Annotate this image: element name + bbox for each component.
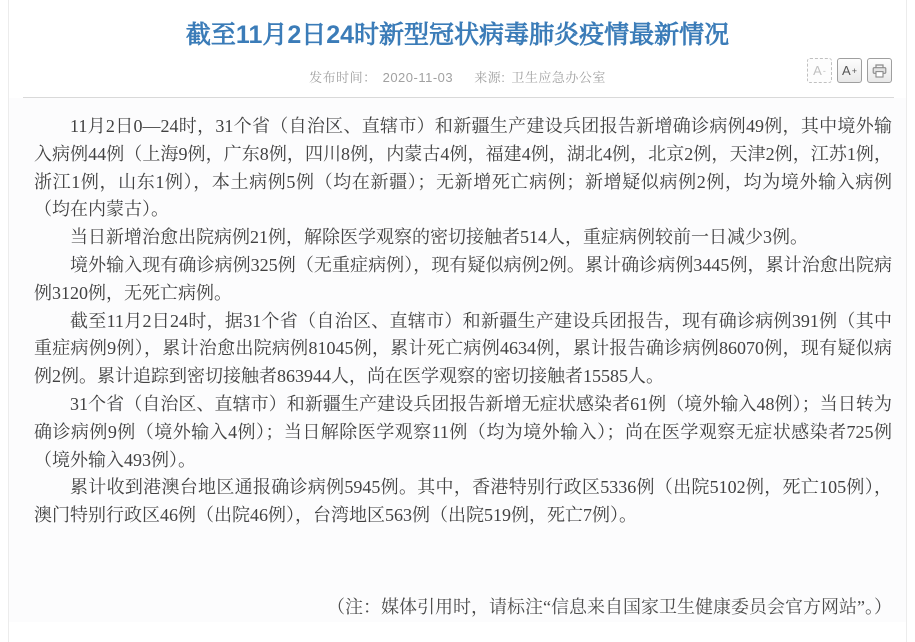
font-larger-button[interactable]: A+ (837, 58, 862, 83)
paragraph-recovered: 当日新增治愈出院病例21例，解除医学观察的密切接触者514人，重症病例较前一日减… (34, 224, 892, 252)
paragraph-asymptomatic: 31个省（自治区、直辖市）和新疆生产建设兵团报告新增无症状感染者61例（境外输入… (34, 391, 892, 474)
article-header: 截至11月2日24时新型冠状病毒肺炎疫情最新情况 发布时间：2020-11-03… (9, 0, 906, 86)
font-smaller-label: A (813, 63, 822, 78)
paragraph-new-cases: 11月2日0—24时，31个省（自治区、直辖市）和新疆生产建设兵团报告新增确诊病… (34, 113, 892, 224)
publish-time-label: 发布时间： (309, 70, 377, 85)
print-button[interactable] (867, 58, 892, 83)
paragraph-cumulative: 截至11月2日24时，据31个省（自治区、直辖市）和新疆生产建设兵团报告，现有确… (34, 308, 892, 391)
source-label: 来源: (474, 70, 505, 85)
publish-date: 2020-11-03 (383, 70, 454, 85)
font-smaller-button[interactable]: A- (807, 58, 832, 83)
font-toolbar: A- A+ (807, 58, 892, 83)
printer-icon (872, 64, 887, 78)
article-meta: 发布时间：2020-11-03 来源:卫生应急办公室 (9, 67, 906, 86)
page-title: 截至11月2日24时新型冠状病毒肺炎疫情最新情况 (9, 20, 906, 50)
article-body: 11月2日0—24时，31个省（自治区、直辖市）和新疆生产建设兵团报告新增确诊病… (9, 98, 906, 622)
paragraph-imported: 境外输入现有确诊病例325例（无重症病例），现有疑似病例2例。累计确诊病例344… (34, 252, 892, 308)
citation-note: （注：媒体引用时，请标注“信息来自国家卫生健康委员会官方网站”。） (34, 594, 892, 622)
article-page: 截至11月2日24时新型冠状病毒肺炎疫情最新情况 发布时间：2020-11-03… (8, 0, 907, 642)
font-larger-label: A (842, 63, 851, 78)
paragraph-hk-macao-taiwan: 累计收到港澳台地区通报确诊病例5945例。其中，香港特别行政区5336例（出院5… (34, 474, 892, 530)
source-value: 卫生应急办公室 (511, 70, 606, 85)
